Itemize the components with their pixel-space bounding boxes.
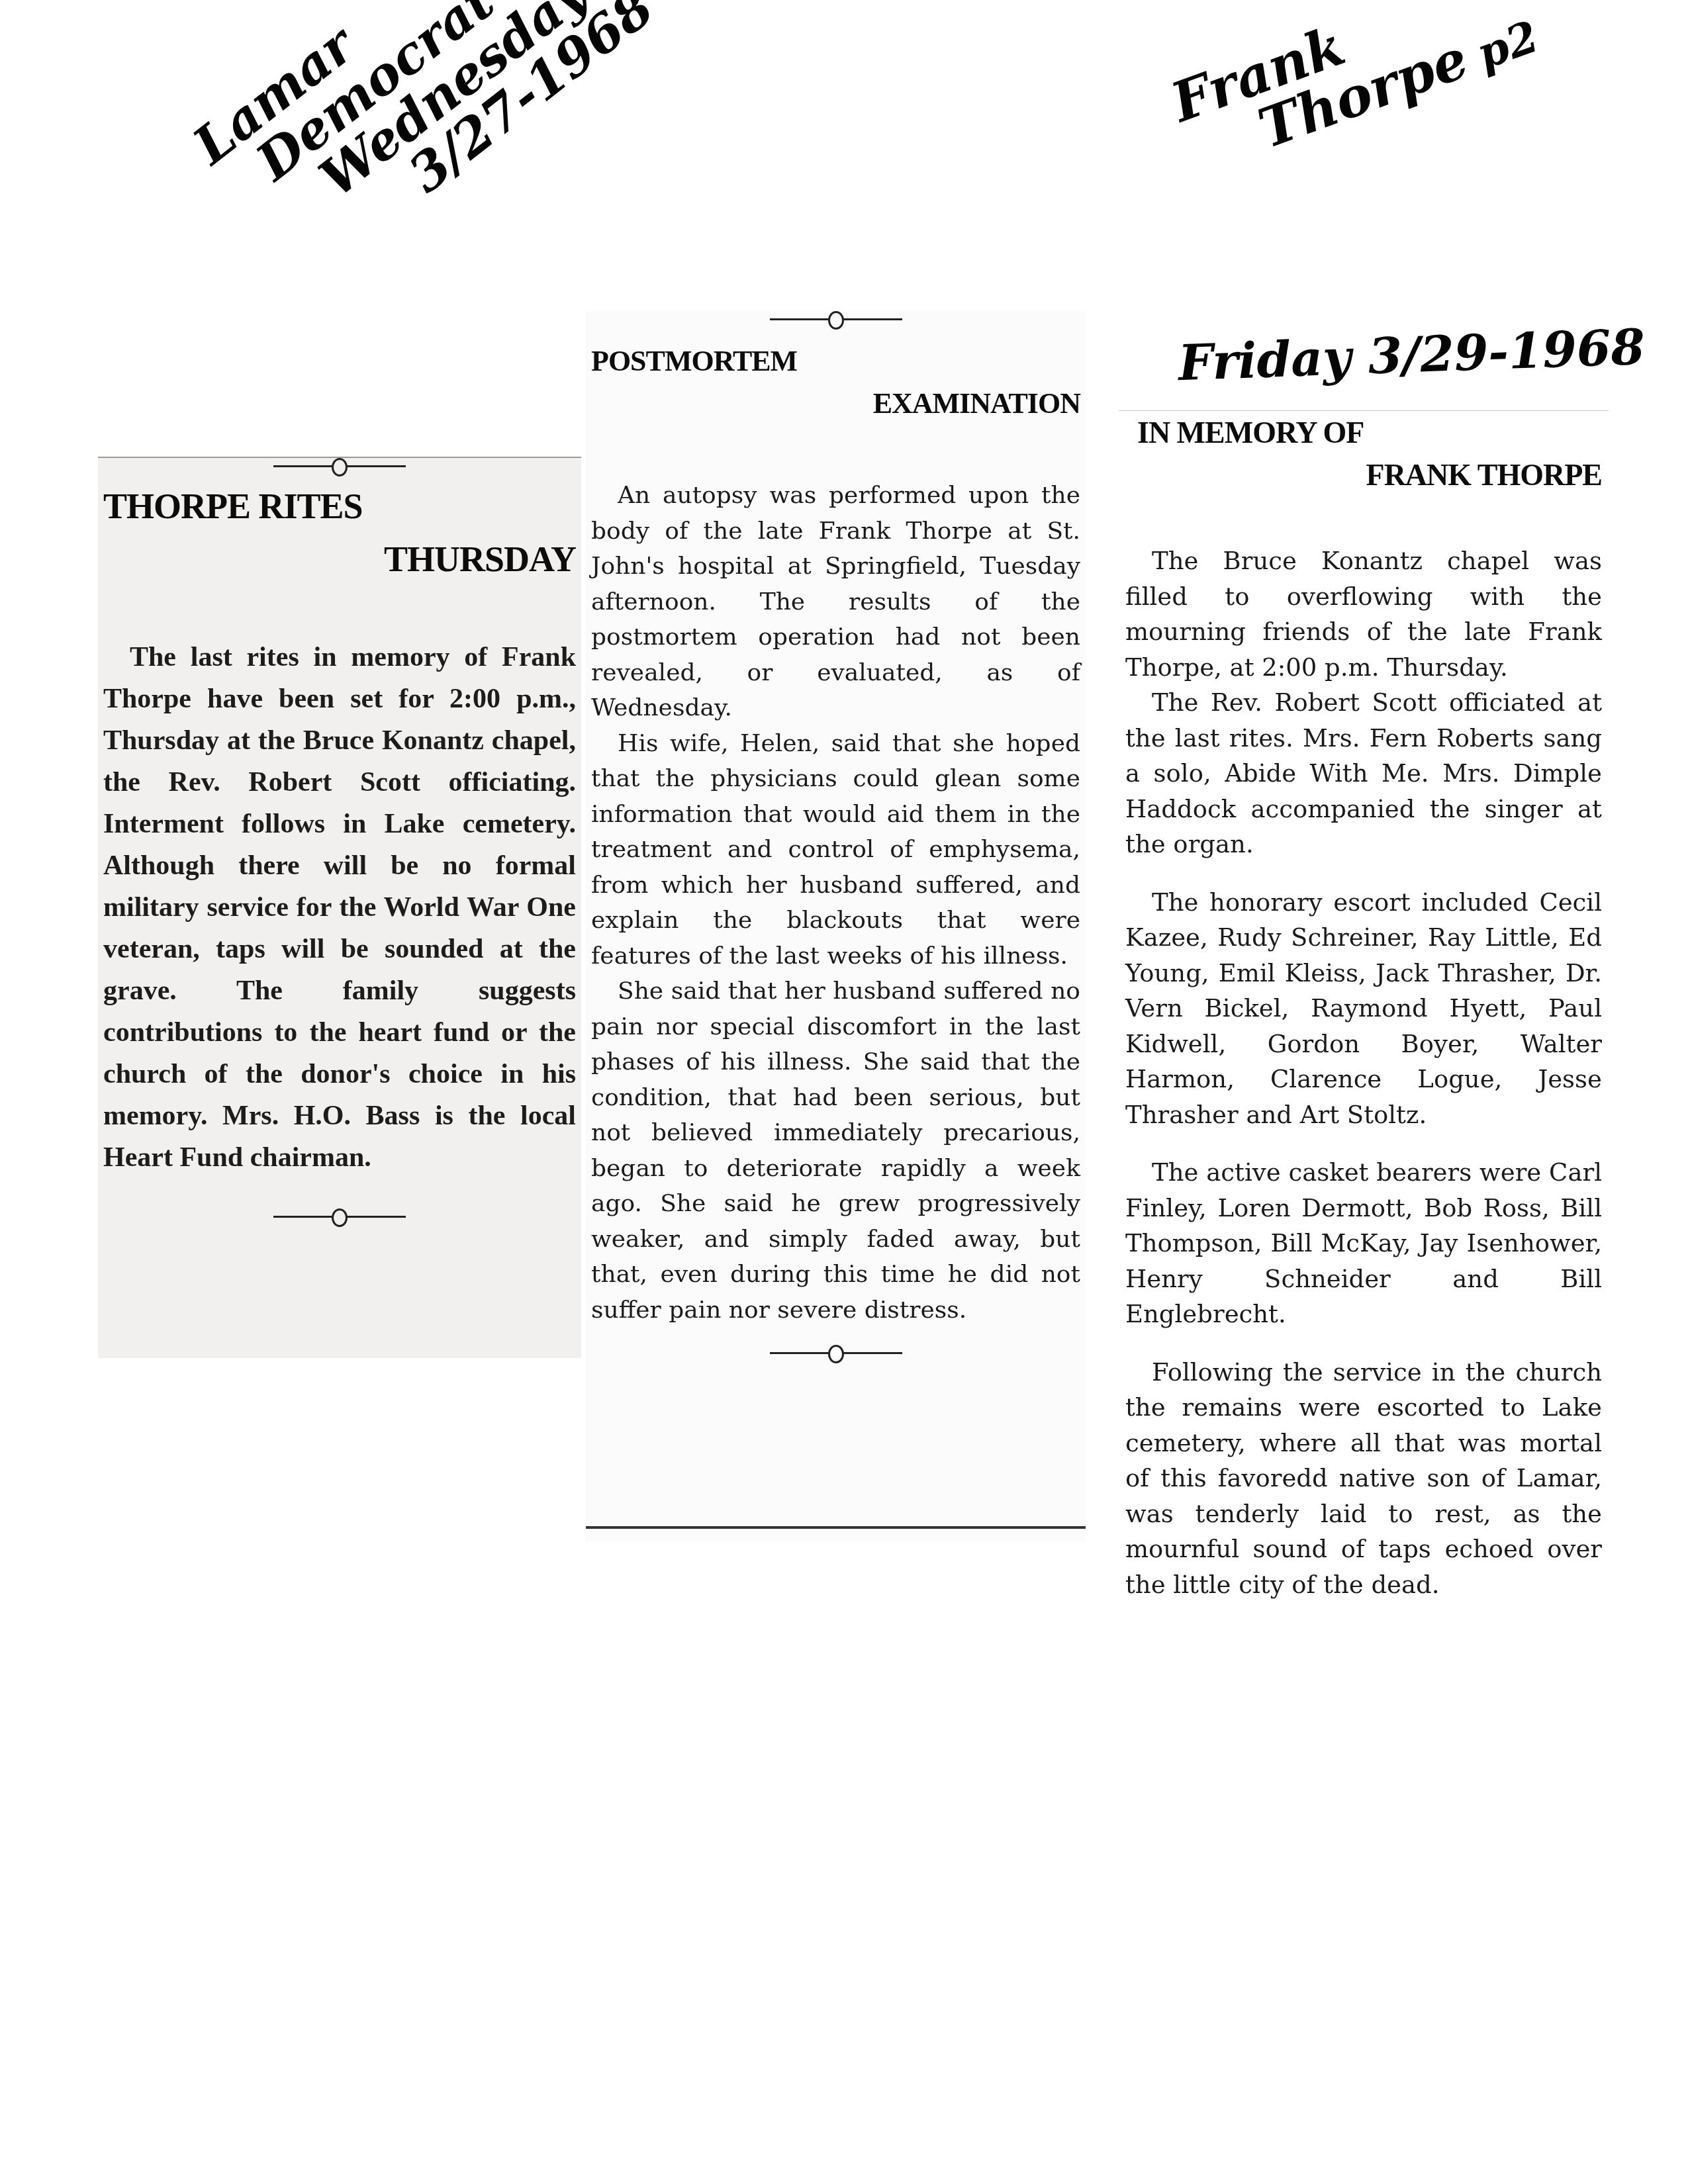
ornament-divider (770, 1345, 902, 1361)
article-paragraph: The Bruce Konantz chapel was filled to o… (1125, 543, 1602, 685)
article-paragraph: An autopsy was performed upon the body o… (591, 478, 1080, 726)
ornament-divider (273, 458, 406, 474)
article-headline: THORPE RITES THURSDAY (103, 488, 576, 577)
article-headline: POSTMORTEM EXAMINATION (591, 347, 1080, 418)
article-paragraph: The Rev. Robert Scott officiated at the … (1125, 685, 1602, 862)
article-paragraph: The honorary escort included Cecil Kazee… (1125, 885, 1602, 1133)
headline-line: EXAMINATION (591, 389, 1080, 418)
handwritten-page-number: p2 (1470, 10, 1545, 79)
headline-line: IN MEMORY OF (1137, 418, 1602, 448)
handwritten-date-friday: Friday 3/29-1968 (1178, 323, 1646, 388)
headline-line: POSTMORTEM (591, 347, 1080, 376)
column-rule (586, 1526, 1086, 1529)
article-headline: IN MEMORY OF FRANK THORPE (1137, 418, 1602, 490)
article-body: An autopsy was performed upon the body o… (591, 478, 1080, 1328)
article-body: The Bruce Konantz chapel was filled to o… (1125, 543, 1602, 1602)
handwritten-subject-note: Frank Thorpep2 (1165, 0, 1544, 181)
article-paragraph: Following the service in the church the … (1125, 1355, 1602, 1603)
ornament-divider (273, 1208, 406, 1224)
article-paragraph: The active casket bearers were Carl Finl… (1125, 1155, 1602, 1332)
newspaper-clipping-thorpe-rites: THORPE RITES THURSDAY The last rites in … (98, 457, 581, 1358)
article-paragraph: The last rites in memory of Frank Thorpe… (103, 637, 576, 1179)
headline-line: FRANK THORPE (1137, 460, 1602, 490)
headline-line: THURSDAY (103, 541, 576, 577)
headline-line: THORPE RITES (103, 488, 576, 524)
article-paragraph: She said that her husband suffered no pa… (591, 974, 1080, 1328)
article-body: The last rites in memory of Frank Thorpe… (103, 637, 576, 1179)
newspaper-clipping-postmortem: POSTMORTEM EXAMINATION An autopsy was pe… (586, 311, 1086, 1542)
newspaper-clipping-in-memory: IN MEMORY OF FRANK THORPE The Bruce Kona… (1119, 410, 1609, 1867)
ornament-divider (770, 311, 902, 327)
handwritten-source-note: Lamar Democrat Wednesday 3/27-1968 (185, 0, 663, 295)
article-paragraph: His wife, Helen, said that she hoped tha… (591, 726, 1080, 974)
